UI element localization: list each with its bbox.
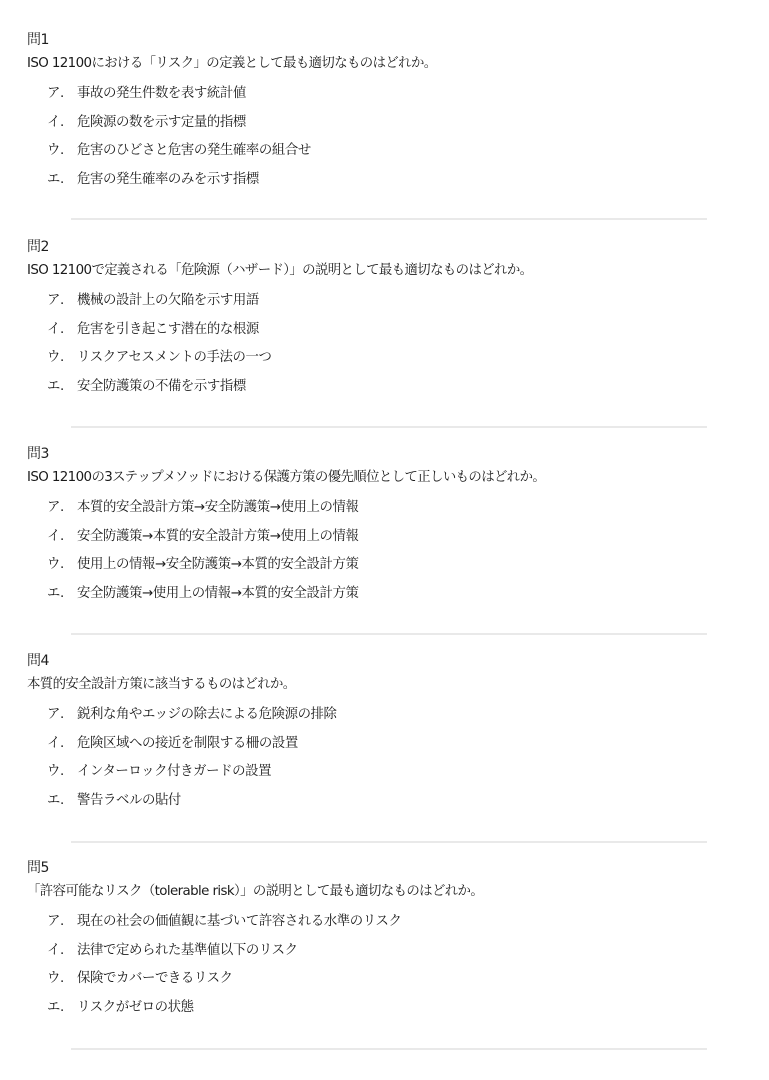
question-divider xyxy=(71,1048,707,1050)
question-text: ISO 12100の3ステップメソッドにおける保護方策の優先順位として正しいもの… xyxy=(27,470,545,486)
question-block-1: 問1 ISO 12100における「リスク」の定義として最も適切なものはどれか。 … xyxy=(0,32,769,239)
option-marker: イ. xyxy=(47,114,77,132)
option-u[interactable]: ウ.保険でカバーできるリスク xyxy=(47,970,402,999)
option-i[interactable]: イ.安全防護策→本質的安全設計方策→使用上の情報 xyxy=(47,528,358,557)
option-marker: イ. xyxy=(47,321,77,339)
question-title: 問4 xyxy=(27,653,49,669)
question-block-4: 問4 本質的安全設計方策に該当するものはどれか。 ア.鋭利な角やエッジの除去によ… xyxy=(0,653,769,860)
option-label: リスクがゼロの状態 xyxy=(77,999,194,1017)
option-e[interactable]: エ.危害の発生確率のみを示す指標 xyxy=(47,171,311,200)
question-text: 本質的安全設計方策に該当するものはどれか。 xyxy=(27,677,296,693)
question-title: 問1 xyxy=(27,32,49,48)
option-label: 危害のひどさと危害の発生確率の組合せ xyxy=(77,142,311,160)
option-u[interactable]: ウ.危害のひどさと危害の発生確率の組合せ xyxy=(47,142,311,171)
option-marker: ウ. xyxy=(47,970,77,988)
option-i[interactable]: イ.危険源の数を示す定量的指標 xyxy=(47,114,311,143)
option-a[interactable]: ア.現在の社会の価値観に基づいて許容される水準のリスク xyxy=(47,913,402,942)
option-marker: ア. xyxy=(47,85,77,103)
option-marker: エ. xyxy=(47,585,77,603)
option-u[interactable]: ウ.使用上の情報→安全防護策→本質的安全設計方策 xyxy=(47,556,358,585)
option-list: ア.機械の設計上の欠陥を示す用語 イ.危害を引き起こす潜在的な根源 ウ.リスクア… xyxy=(47,292,271,406)
question-title: 問3 xyxy=(27,446,49,462)
option-label: 現在の社会の価値観に基づいて許容される水準のリスク xyxy=(77,913,402,931)
question-block-2: 問2 ISO 12100で定義される「危険源（ハザード）」の説明として最も適切な… xyxy=(0,239,769,446)
option-label: 危害を引き起こす潜在的な根源 xyxy=(77,321,259,339)
option-label: 保険でカバーできるリスク xyxy=(77,970,233,988)
option-marker: ウ. xyxy=(47,556,77,574)
question-divider xyxy=(71,426,707,428)
option-i[interactable]: イ.法律で定められた基準値以下のリスク xyxy=(47,942,402,971)
option-label: 安全防護策→使用上の情報→本質的安全設計方策 xyxy=(77,585,358,603)
option-e[interactable]: エ.リスクがゼロの状態 xyxy=(47,999,402,1028)
option-marker: イ. xyxy=(47,942,77,960)
option-label: 危険区域への接近を制限する柵の設置 xyxy=(77,735,298,753)
option-list: ア.現在の社会の価値観に基づいて許容される水準のリスク イ.法律で定められた基準… xyxy=(47,913,402,1027)
option-label: 使用上の情報→安全防護策→本質的安全設計方策 xyxy=(77,556,358,574)
question-block-5: 問5 「許容可能なリスク（tolerable risk）」の説明として最も適切な… xyxy=(0,860,769,1067)
option-marker: イ. xyxy=(47,528,77,546)
option-label: 安全防護策→本質的安全設計方策→使用上の情報 xyxy=(77,528,358,546)
option-e[interactable]: エ.安全防護策→使用上の情報→本質的安全設計方策 xyxy=(47,585,358,614)
option-marker: ウ. xyxy=(47,763,77,781)
question-divider xyxy=(71,841,707,843)
option-label: 法律で定められた基準値以下のリスク xyxy=(77,942,298,960)
option-marker: エ. xyxy=(47,792,77,810)
option-label: 危害の発生確率のみを示す指標 xyxy=(77,171,259,189)
question-title: 問5 xyxy=(27,860,49,876)
option-label: 本質的安全設計方策→安全防護策→使用上の情報 xyxy=(77,499,358,517)
option-marker: ア. xyxy=(47,499,77,517)
option-list: ア.本質的安全設計方策→安全防護策→使用上の情報 イ.安全防護策→本質的安全設計… xyxy=(47,499,358,613)
option-label: インターロック付きガードの設置 xyxy=(77,763,271,781)
option-marker: エ. xyxy=(47,378,77,396)
option-u[interactable]: ウ.インターロック付きガードの設置 xyxy=(47,763,337,792)
option-marker: ア. xyxy=(47,913,77,931)
option-label: 事故の発生件数を表す統計値 xyxy=(77,85,246,103)
option-marker: ウ. xyxy=(47,349,77,367)
option-marker: ウ. xyxy=(47,142,77,160)
question-title: 問2 xyxy=(27,239,49,255)
option-list: ア.事故の発生件数を表す統計値 イ.危険源の数を示す定量的指標 ウ.危害のひどさ… xyxy=(47,85,311,199)
option-list: ア.鋭利な角やエッジの除去による危険源の排除 イ.危険区域への接近を制限する柵の… xyxy=(47,706,337,820)
option-marker: エ. xyxy=(47,171,77,189)
question-divider xyxy=(71,633,707,635)
option-label: リスクアセスメントの手法の一つ xyxy=(77,349,271,367)
option-a[interactable]: ア.本質的安全設計方策→安全防護策→使用上の情報 xyxy=(47,499,358,528)
question-divider xyxy=(71,218,707,220)
option-e[interactable]: エ.安全防護策の不備を示す指標 xyxy=(47,378,271,407)
option-marker: エ. xyxy=(47,999,77,1017)
option-a[interactable]: ア.事故の発生件数を表す統計値 xyxy=(47,85,311,114)
option-label: 機械の設計上の欠陥を示す用語 xyxy=(77,292,259,310)
question-text: ISO 12100における「リスク」の定義として最も適切なものはどれか。 xyxy=(27,56,437,72)
question-text: ISO 12100で定義される「危険源（ハザード）」の説明として最も適切なものは… xyxy=(27,263,532,279)
option-e[interactable]: エ.警告ラベルの貼付 xyxy=(47,792,337,821)
option-label: 警告ラベルの貼付 xyxy=(77,792,181,810)
option-i[interactable]: イ.危害を引き起こす潜在的な根源 xyxy=(47,321,271,350)
option-marker: ア. xyxy=(47,292,77,310)
question-text: 「許容可能なリスク（tolerable risk）」の説明として最も適切なものは… xyxy=(27,884,483,900)
option-i[interactable]: イ.危険区域への接近を制限する柵の設置 xyxy=(47,735,337,764)
option-label: 鋭利な角やエッジの除去による危険源の排除 xyxy=(77,706,337,724)
option-marker: ア. xyxy=(47,706,77,724)
option-marker: イ. xyxy=(47,735,77,753)
option-a[interactable]: ア.機械の設計上の欠陥を示す用語 xyxy=(47,292,271,321)
question-block-3: 問3 ISO 12100の3ステップメソッドにおける保護方策の優先順位として正し… xyxy=(0,446,769,653)
option-u[interactable]: ウ.リスクアセスメントの手法の一つ xyxy=(47,349,271,378)
option-a[interactable]: ア.鋭利な角やエッジの除去による危険源の排除 xyxy=(47,706,337,735)
option-label: 危険源の数を示す定量的指標 xyxy=(77,114,246,132)
option-label: 安全防護策の不備を示す指標 xyxy=(77,378,246,396)
